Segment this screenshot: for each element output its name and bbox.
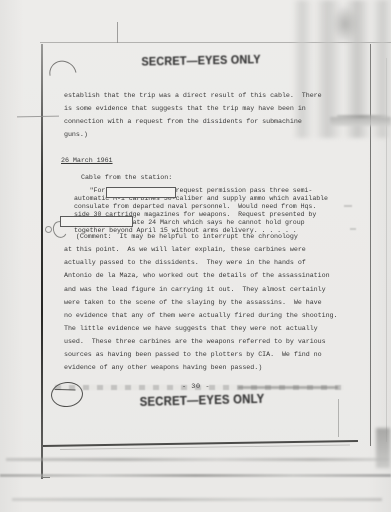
text-line: consulate from departed naval personnel.… (74, 203, 328, 211)
cable-intro: Cable from the station: (81, 174, 172, 182)
redaction-box-1 (106, 187, 176, 198)
text-line: actually passed to the dissidents. They … (64, 259, 337, 272)
page-crease-bottom-right (338, 399, 339, 437)
text-line: were taken to the scene of the slaying b… (64, 299, 337, 312)
pencil-mark-left (17, 116, 59, 118)
text-line: establish that the trip was a direct res… (64, 92, 322, 105)
margin-tick-top (117, 22, 118, 43)
scanner-smudge-bottom-right (376, 428, 390, 468)
margin-circle-mark-small (45, 226, 52, 233)
classification-stamp-bottom: SECRET—EYES ONLY (118, 392, 286, 411)
text-line: Antonio de la Maza, who worked out the d… (64, 272, 337, 285)
text-line: no evidence that any of them were actual… (64, 312, 337, 325)
pen-arc-mark (44, 55, 82, 92)
margin-noise-right-1 (344, 205, 352, 207)
redaction-box-2 (60, 216, 133, 227)
text-line: connection with a request from the dissi… (64, 118, 322, 131)
pencil-smudge-right (337, 115, 387, 118)
scanner-smudge-band-bottom-dark (238, 386, 338, 389)
text-line: is some evidence that suggests that the … (64, 105, 322, 118)
text-line: used. These three carbines are the weapo… (64, 338, 337, 351)
comment-paragraph: (Comment: It may be helpful to interrupt… (64, 233, 337, 378)
scanned-document-page: SECRET—EYES ONLY establish that the trip… (0, 0, 391, 512)
text-line: (Comment: It may be helpful to interrupt… (64, 233, 337, 246)
text-line: and was the lead figure in carrying it o… (64, 286, 337, 299)
scanner-streak-3 (12, 498, 382, 501)
text-line: at this point. As we will later explain,… (64, 246, 337, 259)
page-edge-left-hook (41, 477, 50, 478)
text-line: guns.) (64, 131, 322, 144)
margin-noise-right-2 (350, 228, 356, 230)
scanner-band-right (330, 117, 391, 126)
text-line: evidence of any other weapons having bee… (64, 364, 337, 377)
scanner-streak-2 (0, 474, 391, 477)
circular-stamp-chord (54, 389, 75, 391)
paragraph-continuation: establish that the trip was a direct res… (64, 92, 322, 145)
date-heading: 26 March 1961 (61, 157, 113, 165)
text-line: The little evidence we have suggests tha… (64, 325, 337, 338)
scanner-blob-top-right (332, 4, 358, 44)
page-number: - 30 - (168, 383, 224, 391)
page-edge-left (41, 44, 43, 479)
scanner-streak-1 (6, 458, 389, 461)
classification-stamp-top: SECRET—EYES ONLY (124, 52, 277, 69)
text-line: sources as having been passed to the plo… (64, 351, 337, 364)
